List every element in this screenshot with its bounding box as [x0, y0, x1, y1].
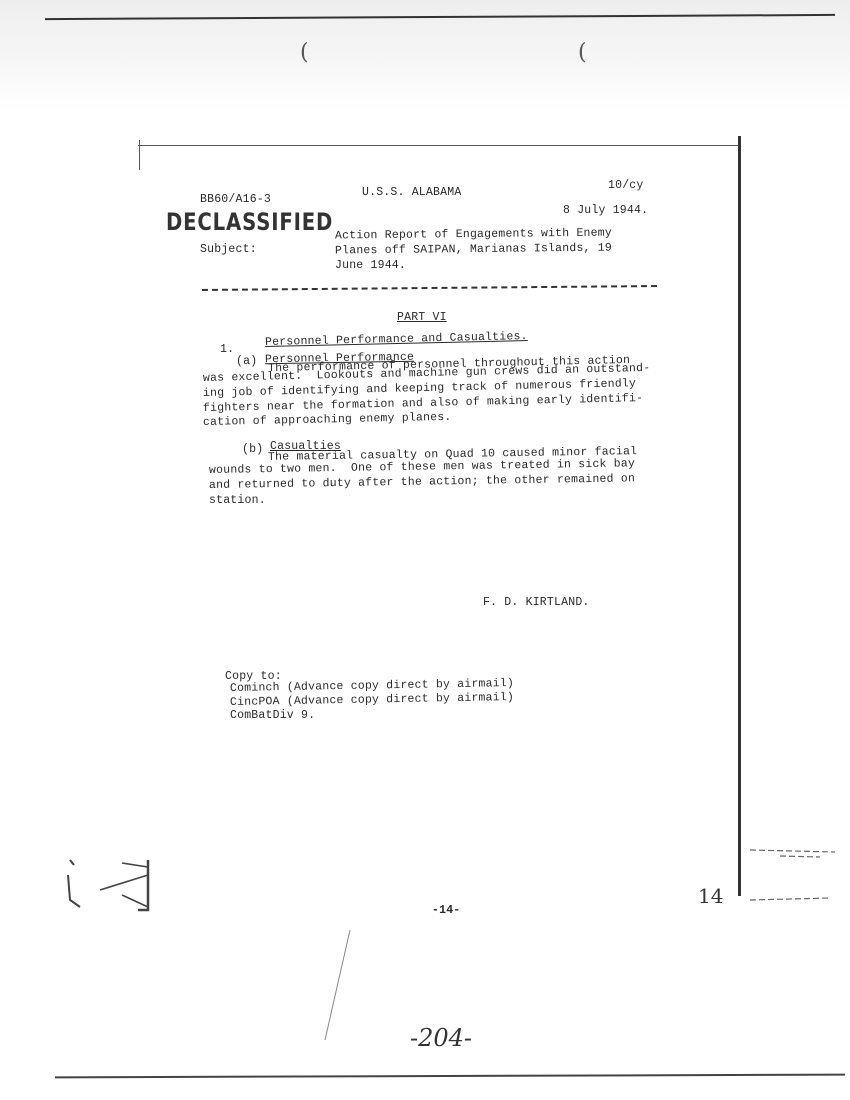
- section-number: 1.: [220, 343, 234, 356]
- separator-dashes: [202, 285, 657, 291]
- subsection-b-label: (b): [242, 443, 263, 456]
- declassified-stamp: DECLASSIFIED: [166, 208, 333, 236]
- punch-hole-mark: (: [578, 40, 587, 65]
- ship-name: U.S.S. ALABAMA: [362, 186, 461, 199]
- page-edge-bottom: [55, 1074, 845, 1079]
- inner-page-edge: [139, 140, 140, 170]
- document-date: 8 July 1944.: [563, 204, 648, 217]
- file-code: BB60/A16-3: [200, 193, 271, 206]
- inner-page-edge: [738, 136, 741, 896]
- reference-code: 10/cy: [608, 179, 644, 192]
- punch-hole-mark: (: [300, 40, 309, 65]
- signature: F. D. KIRTLAND.: [483, 596, 590, 609]
- handwritten-archive-number: -204-: [410, 1024, 472, 1052]
- section-title: Personnel Performance and Casualties.: [265, 330, 528, 349]
- scan-noise-marks: [320, 920, 400, 1060]
- subsection-a-label: (a): [236, 355, 257, 368]
- stamp-mark-icon: [60, 855, 155, 915]
- part-title: PART VI: [397, 311, 447, 324]
- inner-page-edge: [138, 145, 738, 146]
- handwritten-page-number: 14: [698, 884, 723, 908]
- subject-label: Subject:: [200, 243, 257, 256]
- scan-noise-marks: [740, 840, 840, 920]
- page-number: -14-: [432, 904, 460, 917]
